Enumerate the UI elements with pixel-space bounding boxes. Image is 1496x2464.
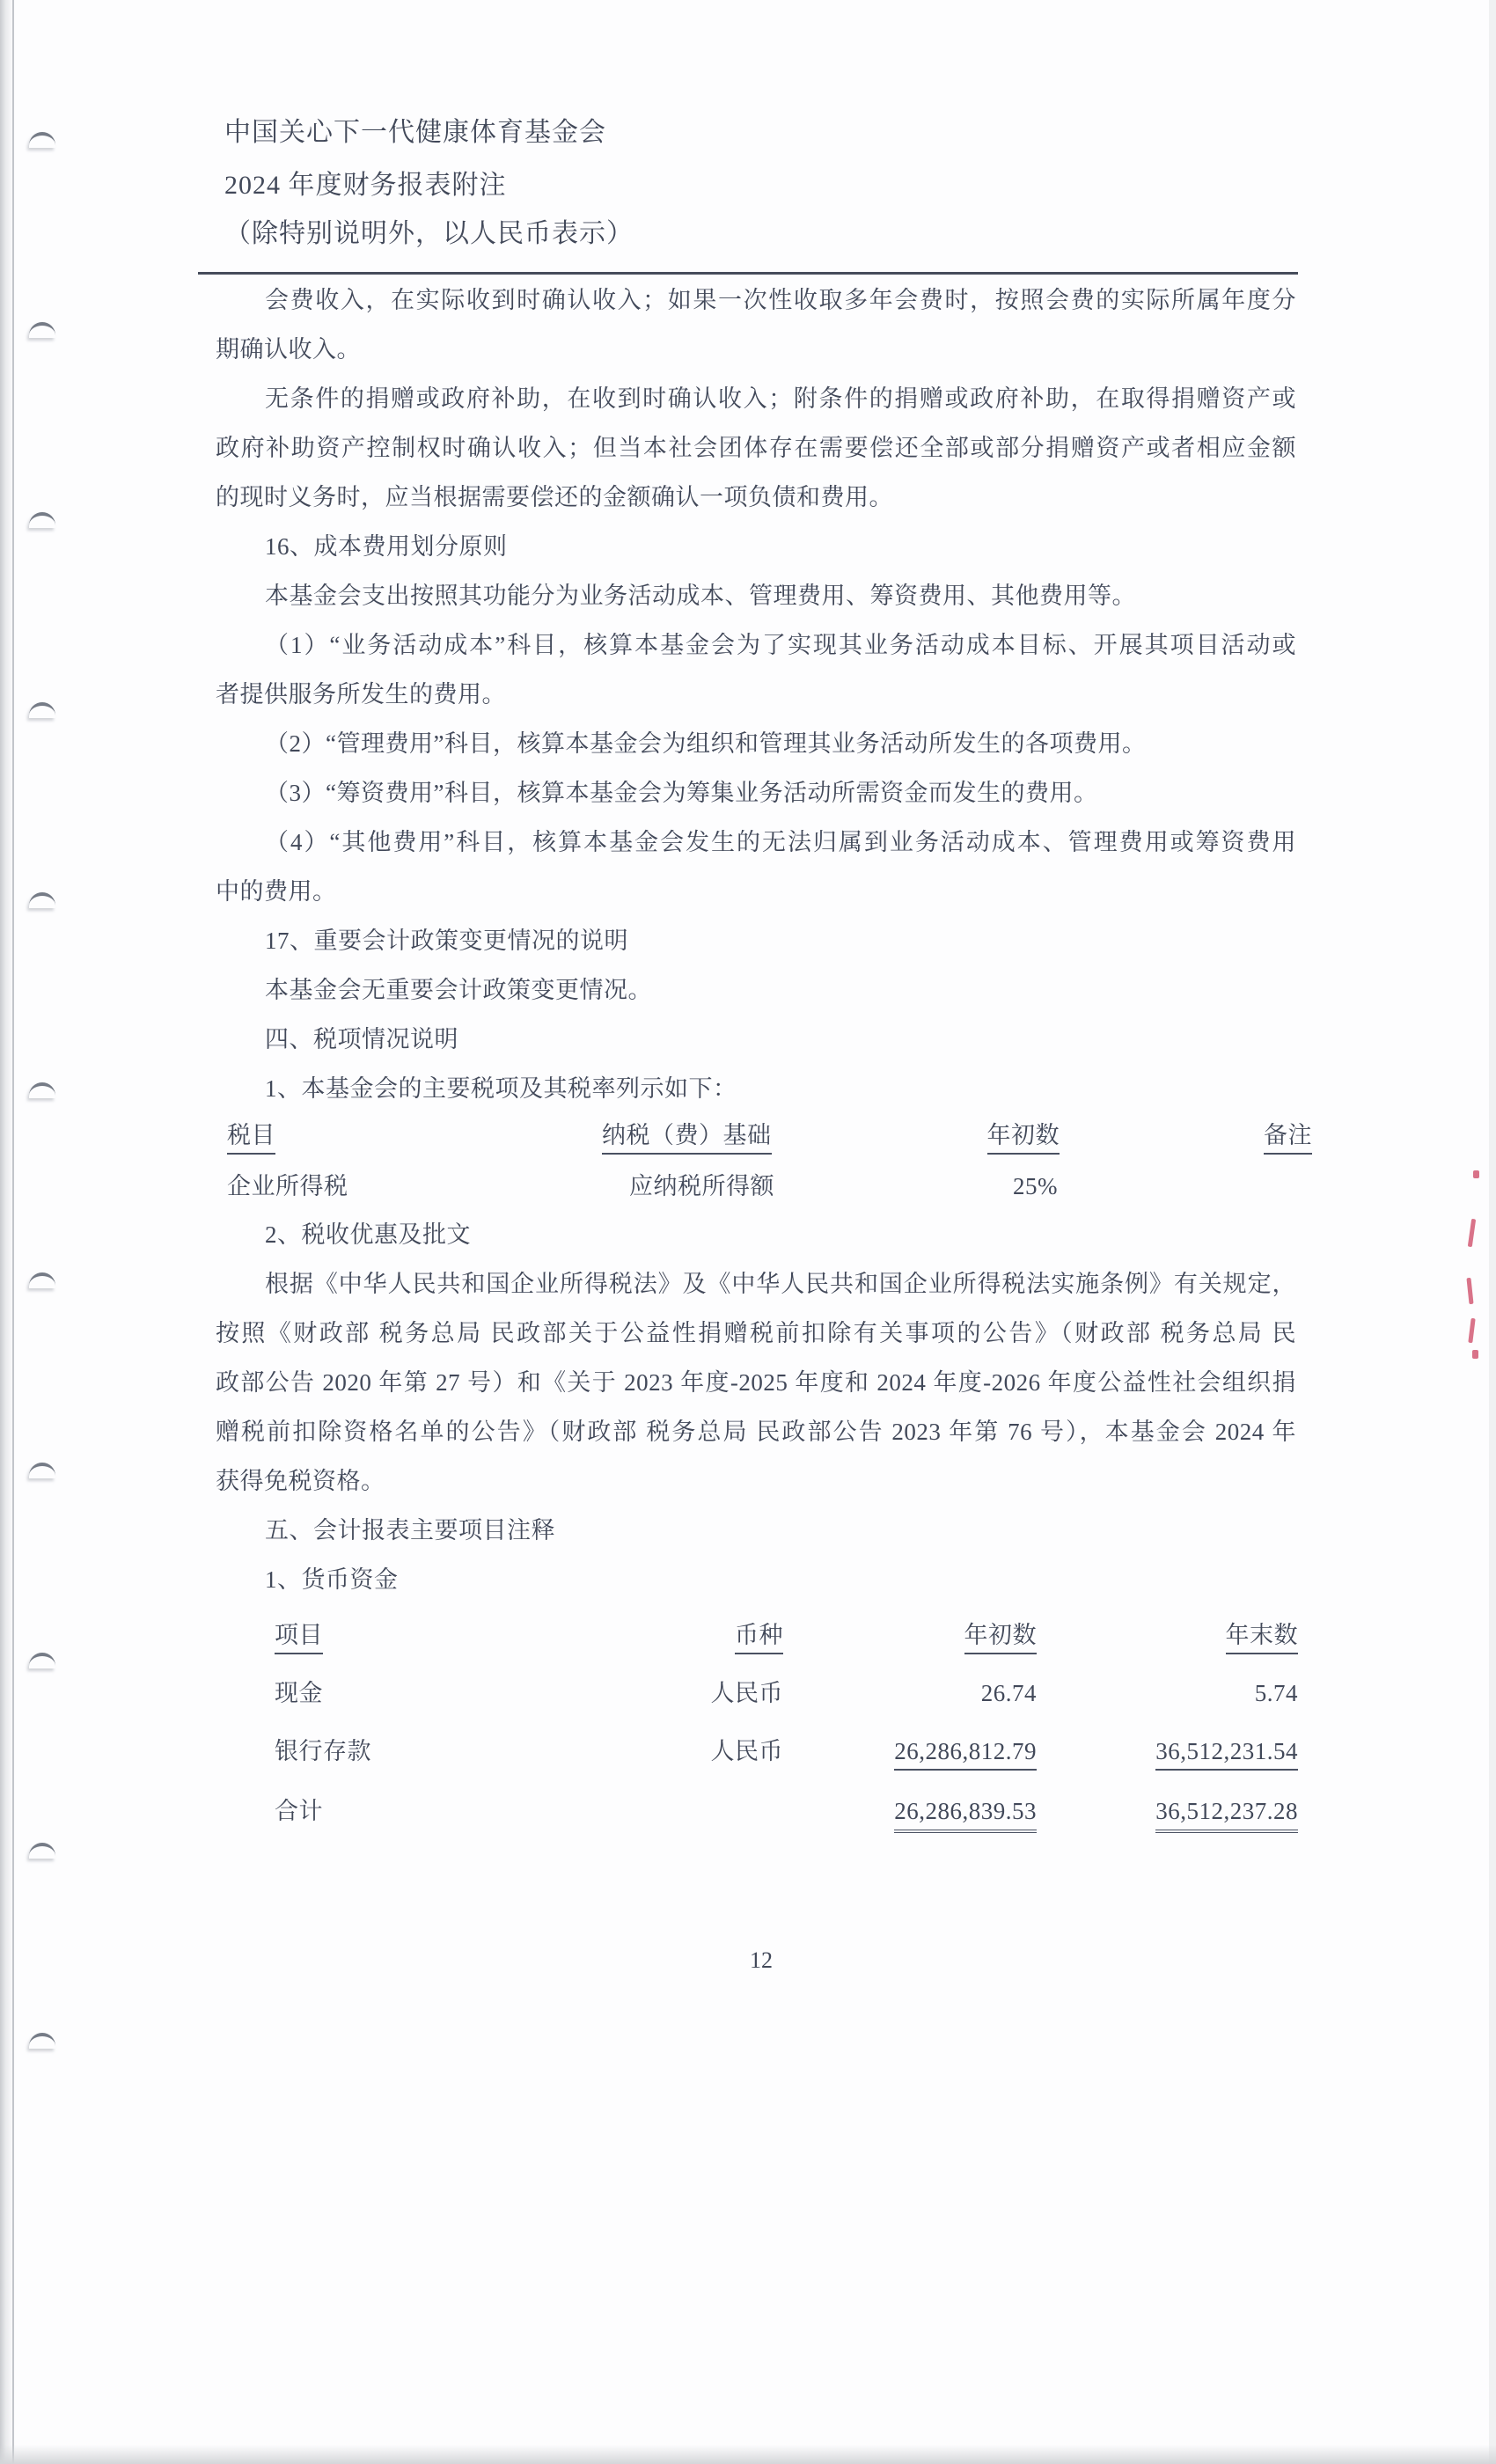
body-line: 本基金会支出按照其功能分为业务活动成本、管理费用、筹资费用、其他费用等。: [216, 571, 1296, 620]
binder-hole-mark: [29, 1082, 55, 1098]
tax-table-header-basis: 纳税（费）基础: [602, 1119, 772, 1155]
body-line: 者提供服务所发生的费用。: [216, 670, 1296, 719]
binder-hole-mark: [29, 702, 55, 718]
cash-table-cell: 银行存款: [275, 1735, 371, 1767]
body-text-block-2: 2、税收优惠及批文 根据《中华人民共和国企业所得税法》及《中华人民共和国企业所得…: [216, 1210, 1296, 1604]
body-line: 1、本基金会的主要税项及其税率列示如下：: [216, 1064, 1296, 1113]
binder-hole-mark: [29, 2033, 55, 2049]
binder-hole-mark: [29, 512, 55, 528]
binder-hole-mark: [29, 1272, 55, 1288]
cash-table-total-label: 合计: [275, 1795, 323, 1827]
binder-hole-mark: [29, 892, 55, 908]
binder-hole-mark: [29, 1463, 55, 1478]
section-heading: 四、税项情况说明: [216, 1015, 1296, 1064]
red-edge-mark: [1466, 1278, 1473, 1304]
body-line: 政府补助资产控制权时确认收入；但当本社会团体存在需要偿还全部或部分捐赠资产或者相…: [216, 423, 1296, 473]
page-right-edge-shadow: [1489, 0, 1496, 2464]
body-line: 政部公告 2020 年第 27 号）和《关于 2023 年度-2025 年度和 …: [216, 1358, 1296, 1407]
section-heading: 1、货币资金: [216, 1555, 1296, 1604]
body-line: 本基金会无重要会计政策变更情况。: [216, 965, 1296, 1015]
cash-table-header-end: 年末数: [1226, 1619, 1299, 1654]
binder-hole-mark: [29, 1843, 55, 1859]
body-line: 赠税前扣除资格名单的公告》（财政部 税务总局 民政部公告 2023 年第 76 …: [216, 1407, 1296, 1456]
body-line: （4）“其他费用”科目，核算本基金会发生的无法归属到业务活动成本、管理费用或筹资…: [216, 818, 1296, 867]
body-line: （3）“筹资费用”科目，核算本基金会为筹集业务活动所需资金而发生的费用。: [216, 768, 1296, 818]
binder-hole-mark: [29, 1653, 55, 1668]
scanned-document-page: 中国关心下一代健康体育基金会 2024 年度财务报表附注 （除特别说明外，以人民…: [0, 0, 1496, 2464]
tax-table-header-item: 税目: [227, 1119, 275, 1155]
body-line: 根据《中华人民共和国企业所得税法》及《中华人民共和国企业所得税法实施条例》有关规…: [216, 1259, 1296, 1309]
body-line: 无条件的捐赠或政府补助，在收到时确认收入；附条件的捐赠或政府补助，在取得捐赠资产…: [216, 374, 1296, 423]
cash-table-total-cell: 26,286,839.53: [894, 1795, 1037, 1833]
cash-table-header-currency: 币种: [735, 1619, 783, 1654]
body-line: 的现时义务时，应当根据需要偿还的金额确认一项负债和费用。: [216, 473, 1296, 522]
red-edge-mark: [1468, 1219, 1476, 1247]
doc-title: 2024 年度财务报表附注: [224, 170, 507, 202]
org-name: 中国关心下一代健康体育基金会: [224, 117, 606, 149]
section-heading: 16、成本费用划分原则: [216, 522, 1296, 571]
body-line: （1）“业务活动成本”科目，核算本基金会为了实现其业务活动成本目标、开展其项目活…: [216, 620, 1296, 670]
tax-table-header-note: 备注: [1264, 1119, 1312, 1155]
tax-table-cell: 企业所得税: [227, 1170, 348, 1202]
body-line: 获得免税资格。: [216, 1456, 1296, 1506]
cash-table-cell: 现金: [275, 1677, 323, 1709]
cash-table-cell: 5.74: [1255, 1677, 1298, 1709]
cash-table-header-item: 项目: [275, 1619, 323, 1654]
page-bottom-shadow: [0, 2445, 1496, 2464]
header-rule: [198, 272, 1298, 275]
body-line: 会费收入，在实际收到时确认收入；如果一次性收取多年会费时，按照会费的实际所属年度…: [216, 275, 1296, 325]
tax-table-cell: 应纳税所得额: [629, 1170, 774, 1202]
red-edge-mark: [1468, 1318, 1475, 1343]
cash-table-header-begin: 年初数: [964, 1619, 1038, 1654]
cash-table-total-cell: 36,512,237.28: [1155, 1795, 1298, 1833]
body-line: 按照《财政部 税务总局 民政部关于公益性捐赠税前扣除有关事项的公告》（财政部 税…: [216, 1309, 1296, 1358]
currency-note: （除特别说明外，以人民币表示）: [224, 218, 634, 250]
binder-hole-mark: [29, 132, 55, 148]
cash-table-cell: 36,512,231.54: [1155, 1735, 1298, 1771]
binder-hole-mark: [29, 322, 55, 338]
cash-table-cell: 26.74: [981, 1677, 1037, 1709]
body-line: 2、税收优惠及批文: [216, 1210, 1296, 1259]
red-edge-mark: [1472, 1350, 1478, 1359]
cash-table-cell: 人民币: [711, 1735, 784, 1767]
cash-table-cell: 26,286,812.79: [894, 1735, 1037, 1771]
body-text-block-1: 会费收入，在实际收到时确认收入；如果一次性收取多年会费时，按照会费的实际所属年度…: [216, 275, 1296, 1113]
cash-table-cell: 人民币: [711, 1677, 784, 1709]
body-line: （2）“管理费用”科目，核算本基金会为组织和管理其业务活动所发生的各项费用。: [216, 719, 1296, 768]
section-heading: 17、重要会计政策变更情况的说明: [216, 916, 1296, 965]
body-line: 中的费用。: [216, 867, 1296, 916]
tax-table-cell: 25%: [1013, 1170, 1058, 1202]
page-left-edge-line: [12, 0, 14, 2464]
section-heading: 五、会计报表主要项目注释: [216, 1506, 1296, 1555]
red-edge-mark: [1473, 1170, 1479, 1178]
tax-table-header-begin: 年初数: [987, 1119, 1060, 1155]
body-line: 期确认收入。: [216, 325, 1296, 374]
page-number: 12: [0, 1947, 1496, 1975]
